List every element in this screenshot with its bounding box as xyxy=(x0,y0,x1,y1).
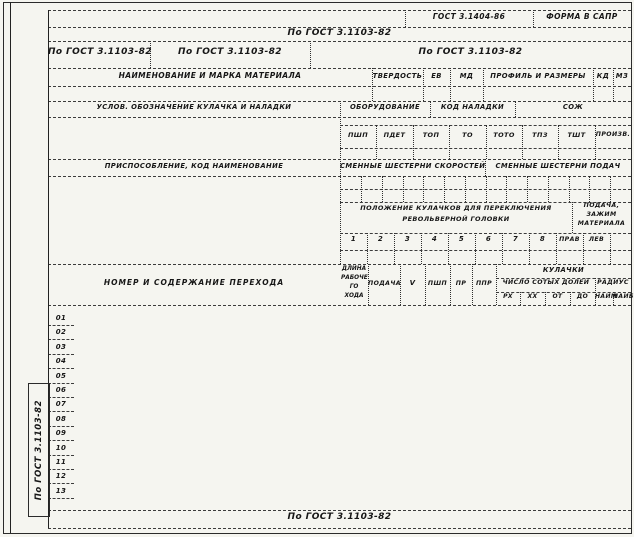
radius-header: РАДИУС xyxy=(595,280,631,287)
row-number: 12 xyxy=(48,473,74,481)
h-rule xyxy=(48,86,631,87)
stroke-length-line3: ГО xyxy=(341,284,367,290)
feed-header: ПОДАЧА xyxy=(368,281,400,288)
transition-content-label: НОМЕР И СОДЕРЖАНИЕ ПЕРЕХОДА xyxy=(48,279,340,287)
coolant-header: СОЖ xyxy=(515,104,631,111)
v-rule xyxy=(631,10,632,528)
h-rule xyxy=(48,68,631,69)
v-rule xyxy=(403,176,404,202)
v-header: V xyxy=(400,280,425,288)
ev-header: ЕВ xyxy=(423,73,450,80)
cams-header: КУЛАЧКИ xyxy=(496,267,631,274)
sidebar-gost-box: По ГОСТ 3.1103-82 xyxy=(28,383,50,517)
row-number: 02 xyxy=(48,329,74,337)
h-rule xyxy=(48,10,631,11)
h-rule xyxy=(48,264,631,265)
v-rule xyxy=(558,125,559,159)
time-col-top: ТОП xyxy=(413,132,449,139)
form-name: ФОРМА В САПР xyxy=(533,13,631,21)
min-header: НАИМ xyxy=(595,294,613,301)
xx-header: ХХ xyxy=(520,294,545,301)
profile-size-header: ПРОФИЛЬ И РАЗМЕРЫ xyxy=(483,73,593,80)
position-3: 3 xyxy=(394,236,421,244)
po-gost-top: По ГОСТ 3.1103-82 xyxy=(48,29,631,39)
do-header: ДО xyxy=(570,294,595,301)
fixture-label: ПРИСПОСОБЛЕНИЕ, КОД НАИМЕНОВАНИЕ xyxy=(48,163,340,170)
h-rule xyxy=(48,426,74,427)
h-rule xyxy=(340,250,631,251)
v-rule xyxy=(382,176,383,202)
pshp-header: ПШП xyxy=(425,281,450,288)
kd-header: КД xyxy=(593,73,613,80)
setup-code-header: КОД НАЛАДКИ xyxy=(430,104,515,111)
v-rule xyxy=(376,125,377,159)
feed-clamp-label-2: ЗАЖИМ xyxy=(572,212,631,219)
h-rule xyxy=(48,41,631,42)
position-4: 4 xyxy=(421,236,448,244)
h-rule xyxy=(48,440,74,441)
h-rule xyxy=(48,325,74,326)
solid-rule xyxy=(10,2,11,533)
ot-header: ОТ xyxy=(545,294,570,301)
po-gost-cell-1: По ГОСТ 3.1103-82 xyxy=(48,48,150,58)
hundredths-header: ЧИСЛО СОТЫХ ДОЛЕЙ xyxy=(497,280,595,287)
h-rule xyxy=(48,368,74,369)
hardness-header: ТВЕРДОСТЬ xyxy=(372,73,423,80)
row-number: 13 xyxy=(48,488,74,496)
h-rule xyxy=(48,469,74,470)
row-number: 08 xyxy=(48,416,74,424)
row-number: 07 xyxy=(48,401,74,409)
feed-gears-header: СМЕННЫЕ ШЕСТЕРНИ ПОДАЧ xyxy=(485,163,631,170)
v-rule xyxy=(449,125,450,159)
stroke-length-line2: РАБОЧЕ xyxy=(341,275,367,281)
po-gost-cell-3: По ГОСТ 3.1103-82 xyxy=(310,48,631,58)
material-name-label: НАИМЕНОВАНИЕ И МАРКА МАТЕРИАЛА xyxy=(48,72,372,80)
po-gost-cell-2: По ГОСТ 3.1103-82 xyxy=(150,48,310,58)
v-rule xyxy=(361,176,362,202)
time-col-toto: ТОТО xyxy=(486,132,522,139)
gost-standard-number: ГОСТ 3.1404-86 xyxy=(405,13,533,21)
stroke-length-line1: ДЛИНА xyxy=(341,266,367,272)
max-header: НАИБ xyxy=(613,294,631,301)
time-col-tpz: ТПЗ xyxy=(522,132,558,139)
row-number: 10 xyxy=(48,445,74,453)
v-rule xyxy=(486,125,487,159)
mz-header: МЗ xyxy=(613,73,631,80)
time-col-to: ТО xyxy=(449,132,486,139)
time-col-tsht: ТШТ xyxy=(558,132,595,139)
turret-label-line2: РЕВОЛЬВЕРНОЙ ГОЛОВКИ xyxy=(340,216,572,223)
h-rule xyxy=(48,397,74,398)
h-rule xyxy=(48,528,631,529)
v-rule xyxy=(589,176,590,202)
h-rule xyxy=(48,339,74,340)
position-6: 6 xyxy=(475,236,502,244)
row-number: 01 xyxy=(48,315,74,323)
position-2: 2 xyxy=(367,236,394,244)
v-rule xyxy=(506,176,507,202)
time-col-pshp: ПШП xyxy=(340,132,376,139)
h-rule xyxy=(48,455,74,456)
v-rule xyxy=(486,176,487,202)
position-7: 7 xyxy=(502,236,529,244)
row-number: 04 xyxy=(48,358,74,366)
time-col-pdet: ПДЕТ xyxy=(376,132,413,139)
sidebar-gost-label: По ГОСТ 3.1103-82 xyxy=(34,400,44,500)
h-rule xyxy=(340,233,631,234)
h-rule xyxy=(48,483,74,484)
ppr-header: ППР xyxy=(472,281,496,288)
v-rule xyxy=(522,125,523,159)
h-rule xyxy=(48,383,74,384)
po-gost-footer: По ГОСТ 3.1103-82 xyxy=(48,513,631,523)
position-5: 5 xyxy=(448,236,475,244)
row-number: 11 xyxy=(48,459,74,467)
v-rule xyxy=(569,176,570,202)
stroke-length-line4: ХОДА xyxy=(341,293,367,299)
speed-gears-header: СМЕННЫЕ ШЕСТЕРНИ СКОРОСТЕЙ xyxy=(340,163,485,170)
time-col-proizv: ПРОИЗВ. xyxy=(595,132,631,139)
equipment-header: ОБОРУДОВАНИЕ xyxy=(340,104,430,111)
h-rule xyxy=(48,498,74,499)
cam-setup-label: УСЛОВ. ОБОЗНАЧЕНИЕ КУЛАЧКА И НАЛАДКИ xyxy=(48,104,340,111)
gost-form-page: ГОСТ 3.1404-86 ФОРМА В САПР По ГОСТ 3.11… xyxy=(0,0,634,537)
position-8: 8 xyxy=(529,236,556,244)
v-rule xyxy=(610,176,611,202)
row-number: 09 xyxy=(48,430,74,438)
v-rule xyxy=(527,176,528,202)
right-header: ПРАВ xyxy=(556,237,583,244)
row-number: 03 xyxy=(48,344,74,352)
h-rule xyxy=(48,354,74,355)
left-header: ЛЕВ xyxy=(583,237,610,244)
h-rule xyxy=(48,510,631,511)
v-rule xyxy=(444,176,445,202)
feed-clamp-label-3: МАТЕРИАЛА xyxy=(572,221,631,228)
rx-header: РХ xyxy=(496,294,520,301)
md-header: МД xyxy=(450,73,483,80)
row-number: 06 xyxy=(48,387,74,395)
h-rule xyxy=(48,305,631,306)
h-rule xyxy=(48,411,74,412)
row-number: 05 xyxy=(48,373,74,381)
v-rule xyxy=(465,176,466,202)
pr-header: ПР xyxy=(450,281,472,288)
position-1: 1 xyxy=(340,236,367,244)
v-rule xyxy=(423,176,424,202)
v-rule xyxy=(413,125,414,159)
v-rule xyxy=(548,176,549,202)
turret-label-line1: ПОЛОЖЕНИЕ КУЛАЧКОВ ДЛЯ ПЕРЕКЛЮЧЕНИЯ xyxy=(340,205,572,212)
feed-clamp-label-1: ПОДАЧА, xyxy=(572,203,631,210)
v-rule xyxy=(610,233,611,264)
